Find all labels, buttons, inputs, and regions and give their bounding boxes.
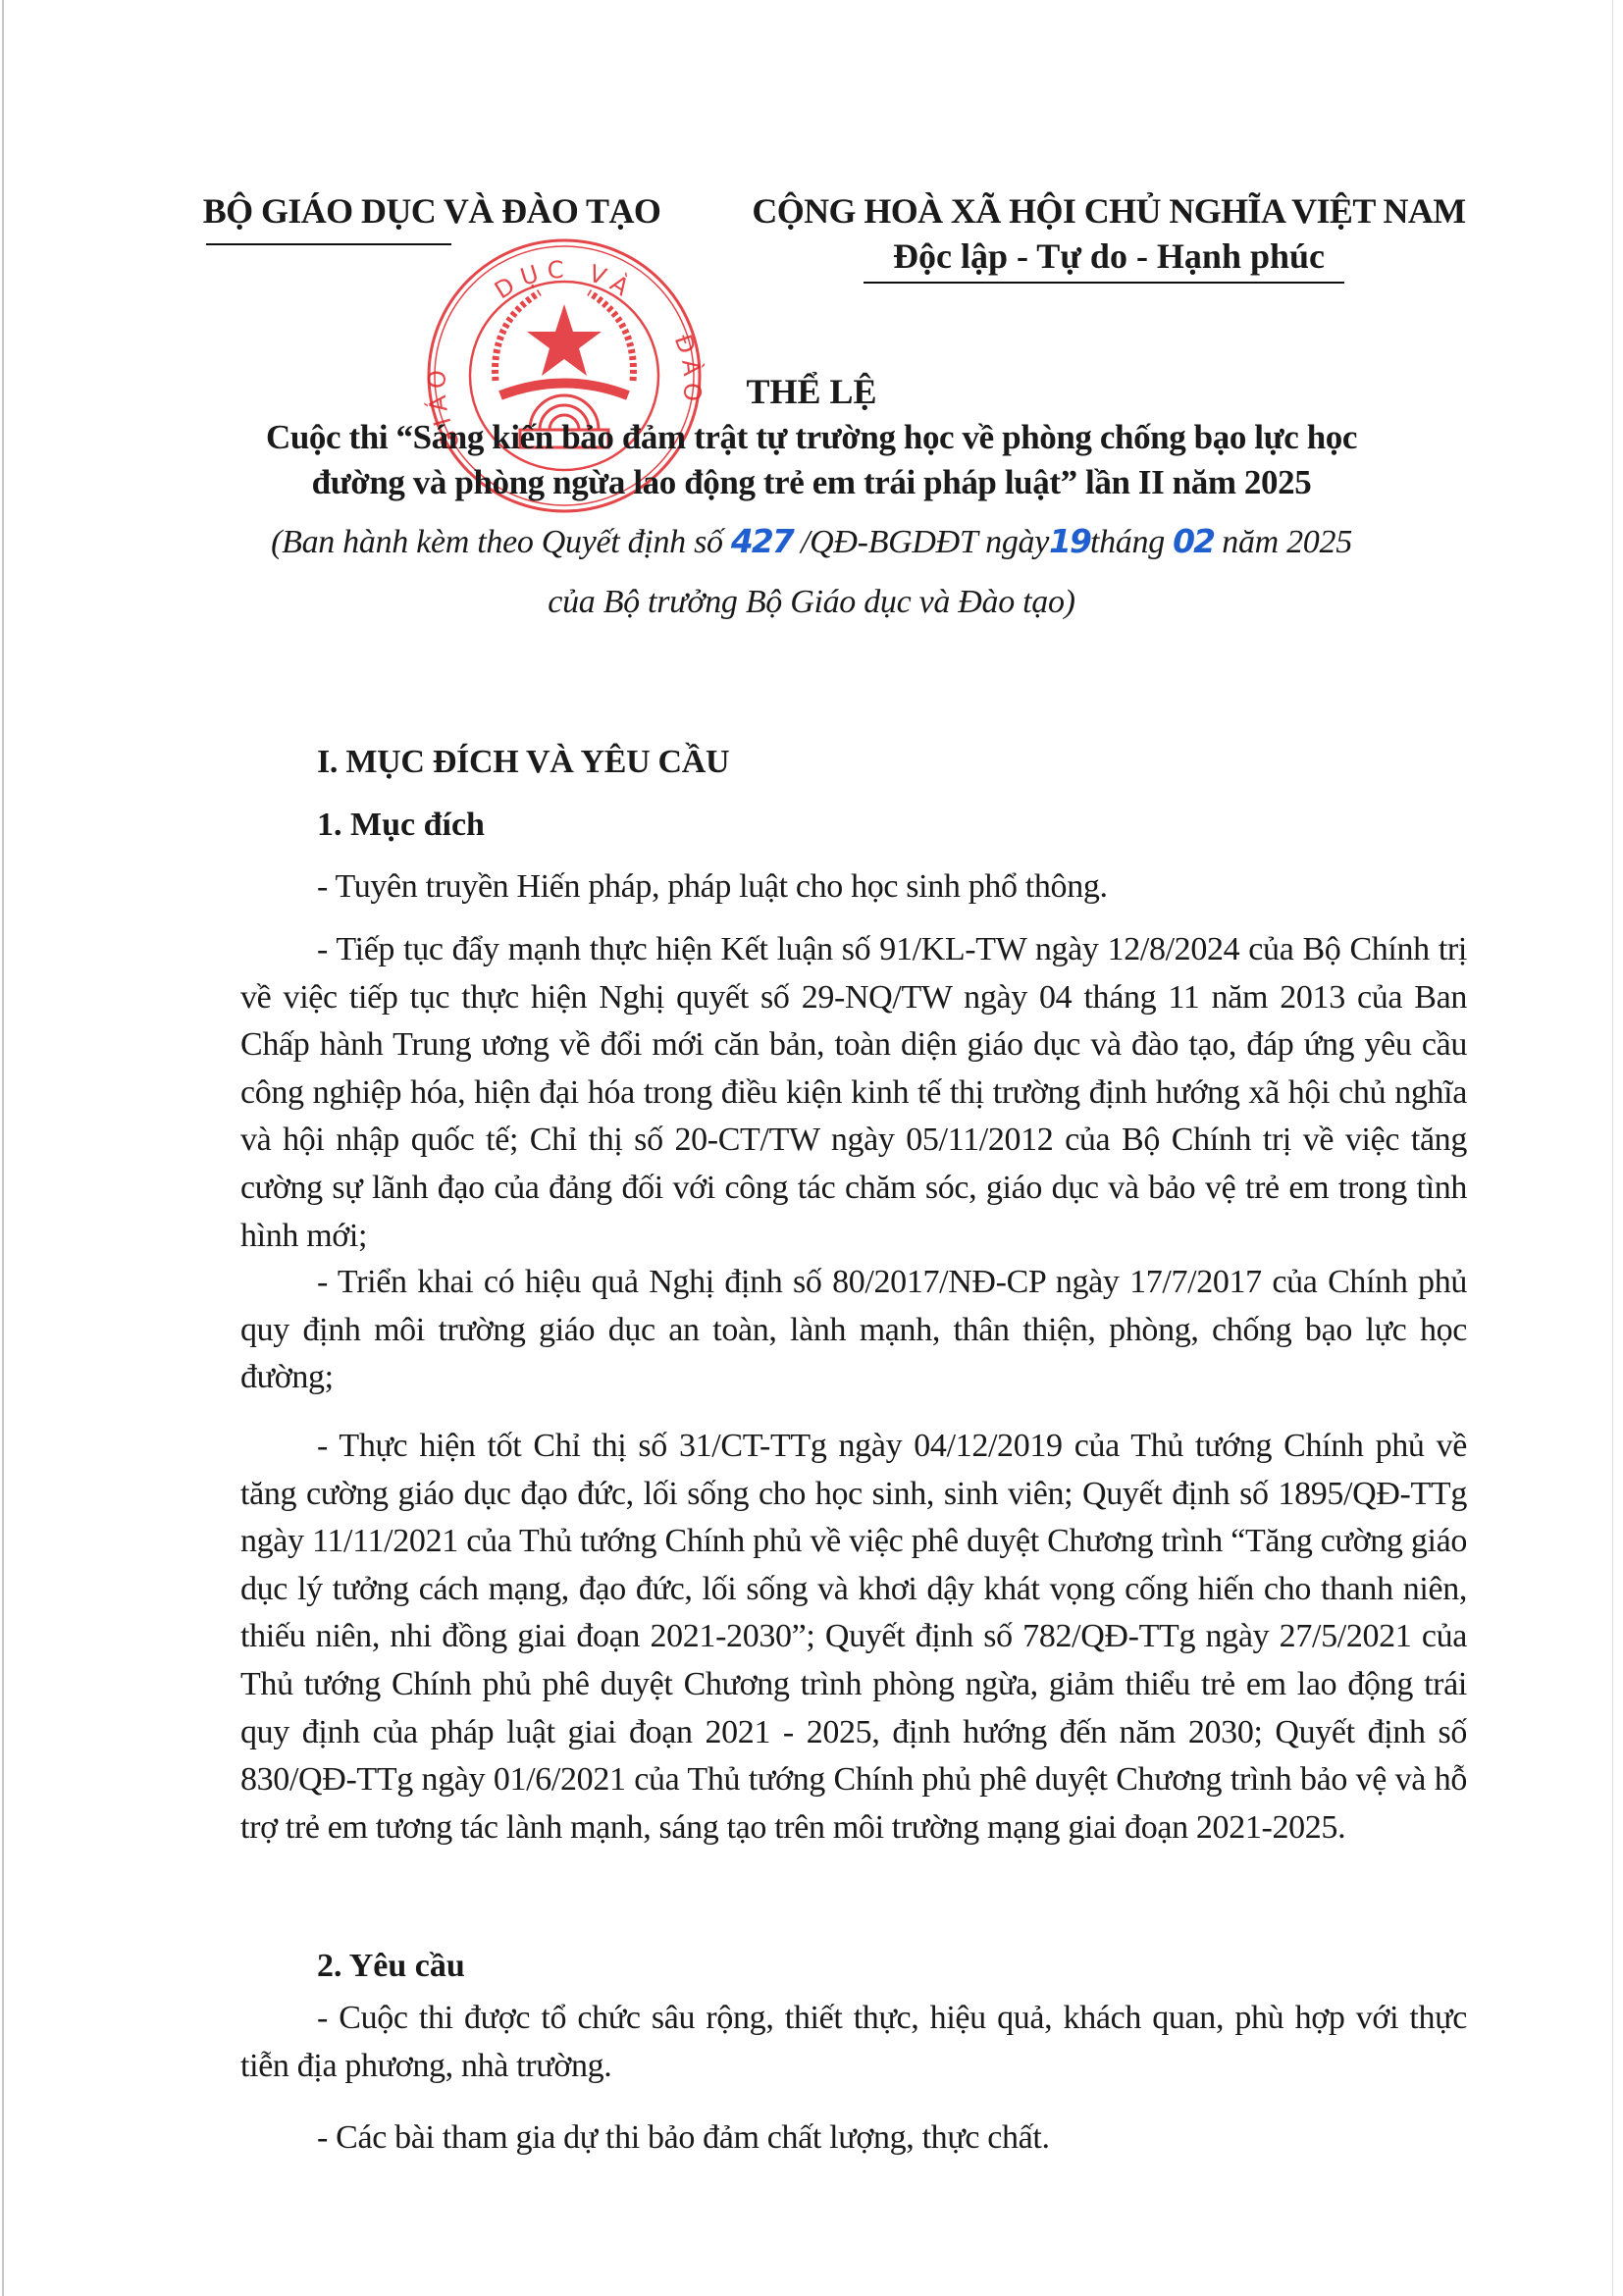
scan-edge-right <box>1612 0 1613 2296</box>
svg-text:DỤC VÀ: DỤC VÀ <box>490 256 641 306</box>
paragraph: - Thực hiện tốt Chỉ thị số 31/CT-TTg ngà… <box>240 1423 1467 1852</box>
national-heading: CỘNG HOÀ XÃ HỘI CHỦ NGHĨA VIỆT NAM Độc l… <box>707 188 1511 279</box>
issuing-agency: BỘ GIÁO DỤC VÀ ĐÀO TẠO <box>177 188 687 234</box>
ministry-underline <box>206 243 451 245</box>
paragraph: - Tiếp tục đẩy mạnh thực hiện Kết luận s… <box>240 926 1467 1260</box>
paragraph: - Triển khai có hiệu quả Nghị định số 80… <box>240 1259 1467 1402</box>
seal-text-top: DỤC VÀ <box>490 256 641 306</box>
paragraph: - Tuyên truyền Hiến pháp, pháp luật cho … <box>240 863 1467 912</box>
issuance-mid-1: /QĐ-BGDĐT ngày <box>801 524 1049 560</box>
country-name: CỘNG HOÀ XÃ HỘI CHỦ NGHĨA VIỆT NAM <box>707 188 1511 234</box>
issuance-note-line-2: của Bộ trưởng Bộ Giáo dục và Đào tạo) <box>0 584 1623 621</box>
contest-name-line-1: Cuộc thi “Sáng kiến bảo đảm trật tự trườ… <box>0 418 1623 457</box>
issuance-note: (Ban hành kèm theo Quyết định số 427 /QĐ… <box>0 522 1623 561</box>
section-heading-purpose-requirements: I. MỤC ĐÍCH VÀ YÊU CẦU <box>317 744 729 781</box>
contest-name-line-2: đường và phòng ngừa lao động trẻ em trái… <box>0 463 1623 502</box>
month-handwritten: 02 <box>1173 522 1214 560</box>
document-title: THỂ LỆ <box>0 371 1623 412</box>
decision-number-handwritten: 427 <box>731 522 793 560</box>
issuance-suffix: năm 2025 <box>1222 524 1352 560</box>
ministry-name: BỘ GIÁO DỤC VÀ ĐÀO TẠO <box>177 188 687 234</box>
paragraph: - Các bài tham gia dự thi bảo đảm chất l… <box>240 2114 1467 2163</box>
subsection-heading-requirements: 2. Yêu cầu <box>317 1948 465 1985</box>
motto-underline <box>864 282 1344 284</box>
issuance-prefix: (Ban hành kèm theo Quyết định số <box>271 524 723 560</box>
issuance-mid-2: tháng <box>1090 524 1165 560</box>
national-motto: Độc lập - Tự do - Hạnh phúc <box>893 234 1325 279</box>
subsection-heading-purpose: 1. Mục đích <box>317 807 485 844</box>
scan-edge-left <box>2 0 4 2296</box>
paragraph: - Cuộc thi được tổ chức sâu rộng, thiết … <box>240 1995 1467 2090</box>
day-handwritten: 19 <box>1049 522 1090 560</box>
